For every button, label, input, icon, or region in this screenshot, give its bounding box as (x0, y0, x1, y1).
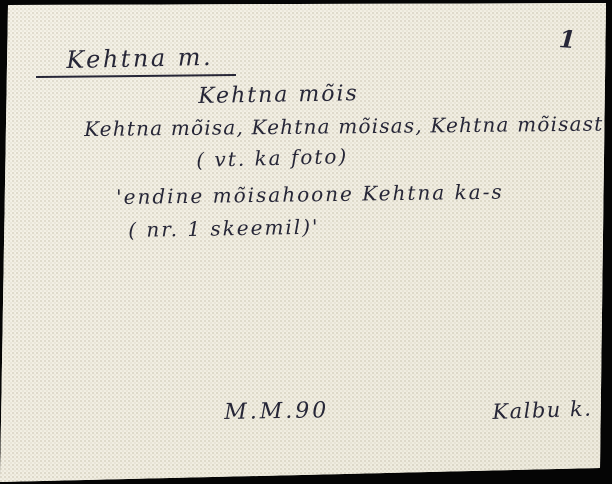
declension-forms: Kehtna mõisa, Kehtna mõisas, Kehtna mõis… (84, 112, 604, 141)
photo-reference-note: ( vt. ka foto) (196, 144, 349, 172)
date-initials-note: M.M.90 (224, 398, 329, 425)
index-card: 1 Kehtna m. Kehtna mõis Kehtna mõisa, Ke… (0, 0, 612, 484)
description-line-1: 'endine mõisahoone Kehtna ka-s (116, 180, 504, 209)
page-number: 1 (558, 24, 578, 54)
card-heading: Kehtna m. (66, 43, 213, 74)
scan-frame: 1 Kehtna m. Kehtna mõis Kehtna mõisa, Ke… (0, 0, 612, 484)
heading-underline (36, 74, 236, 78)
collector-signature: Kalbu k. (492, 397, 593, 424)
description-line-2: ( nr. 1 skeemil)' (128, 215, 320, 242)
entry-title: Kehtna mõis (198, 81, 359, 109)
